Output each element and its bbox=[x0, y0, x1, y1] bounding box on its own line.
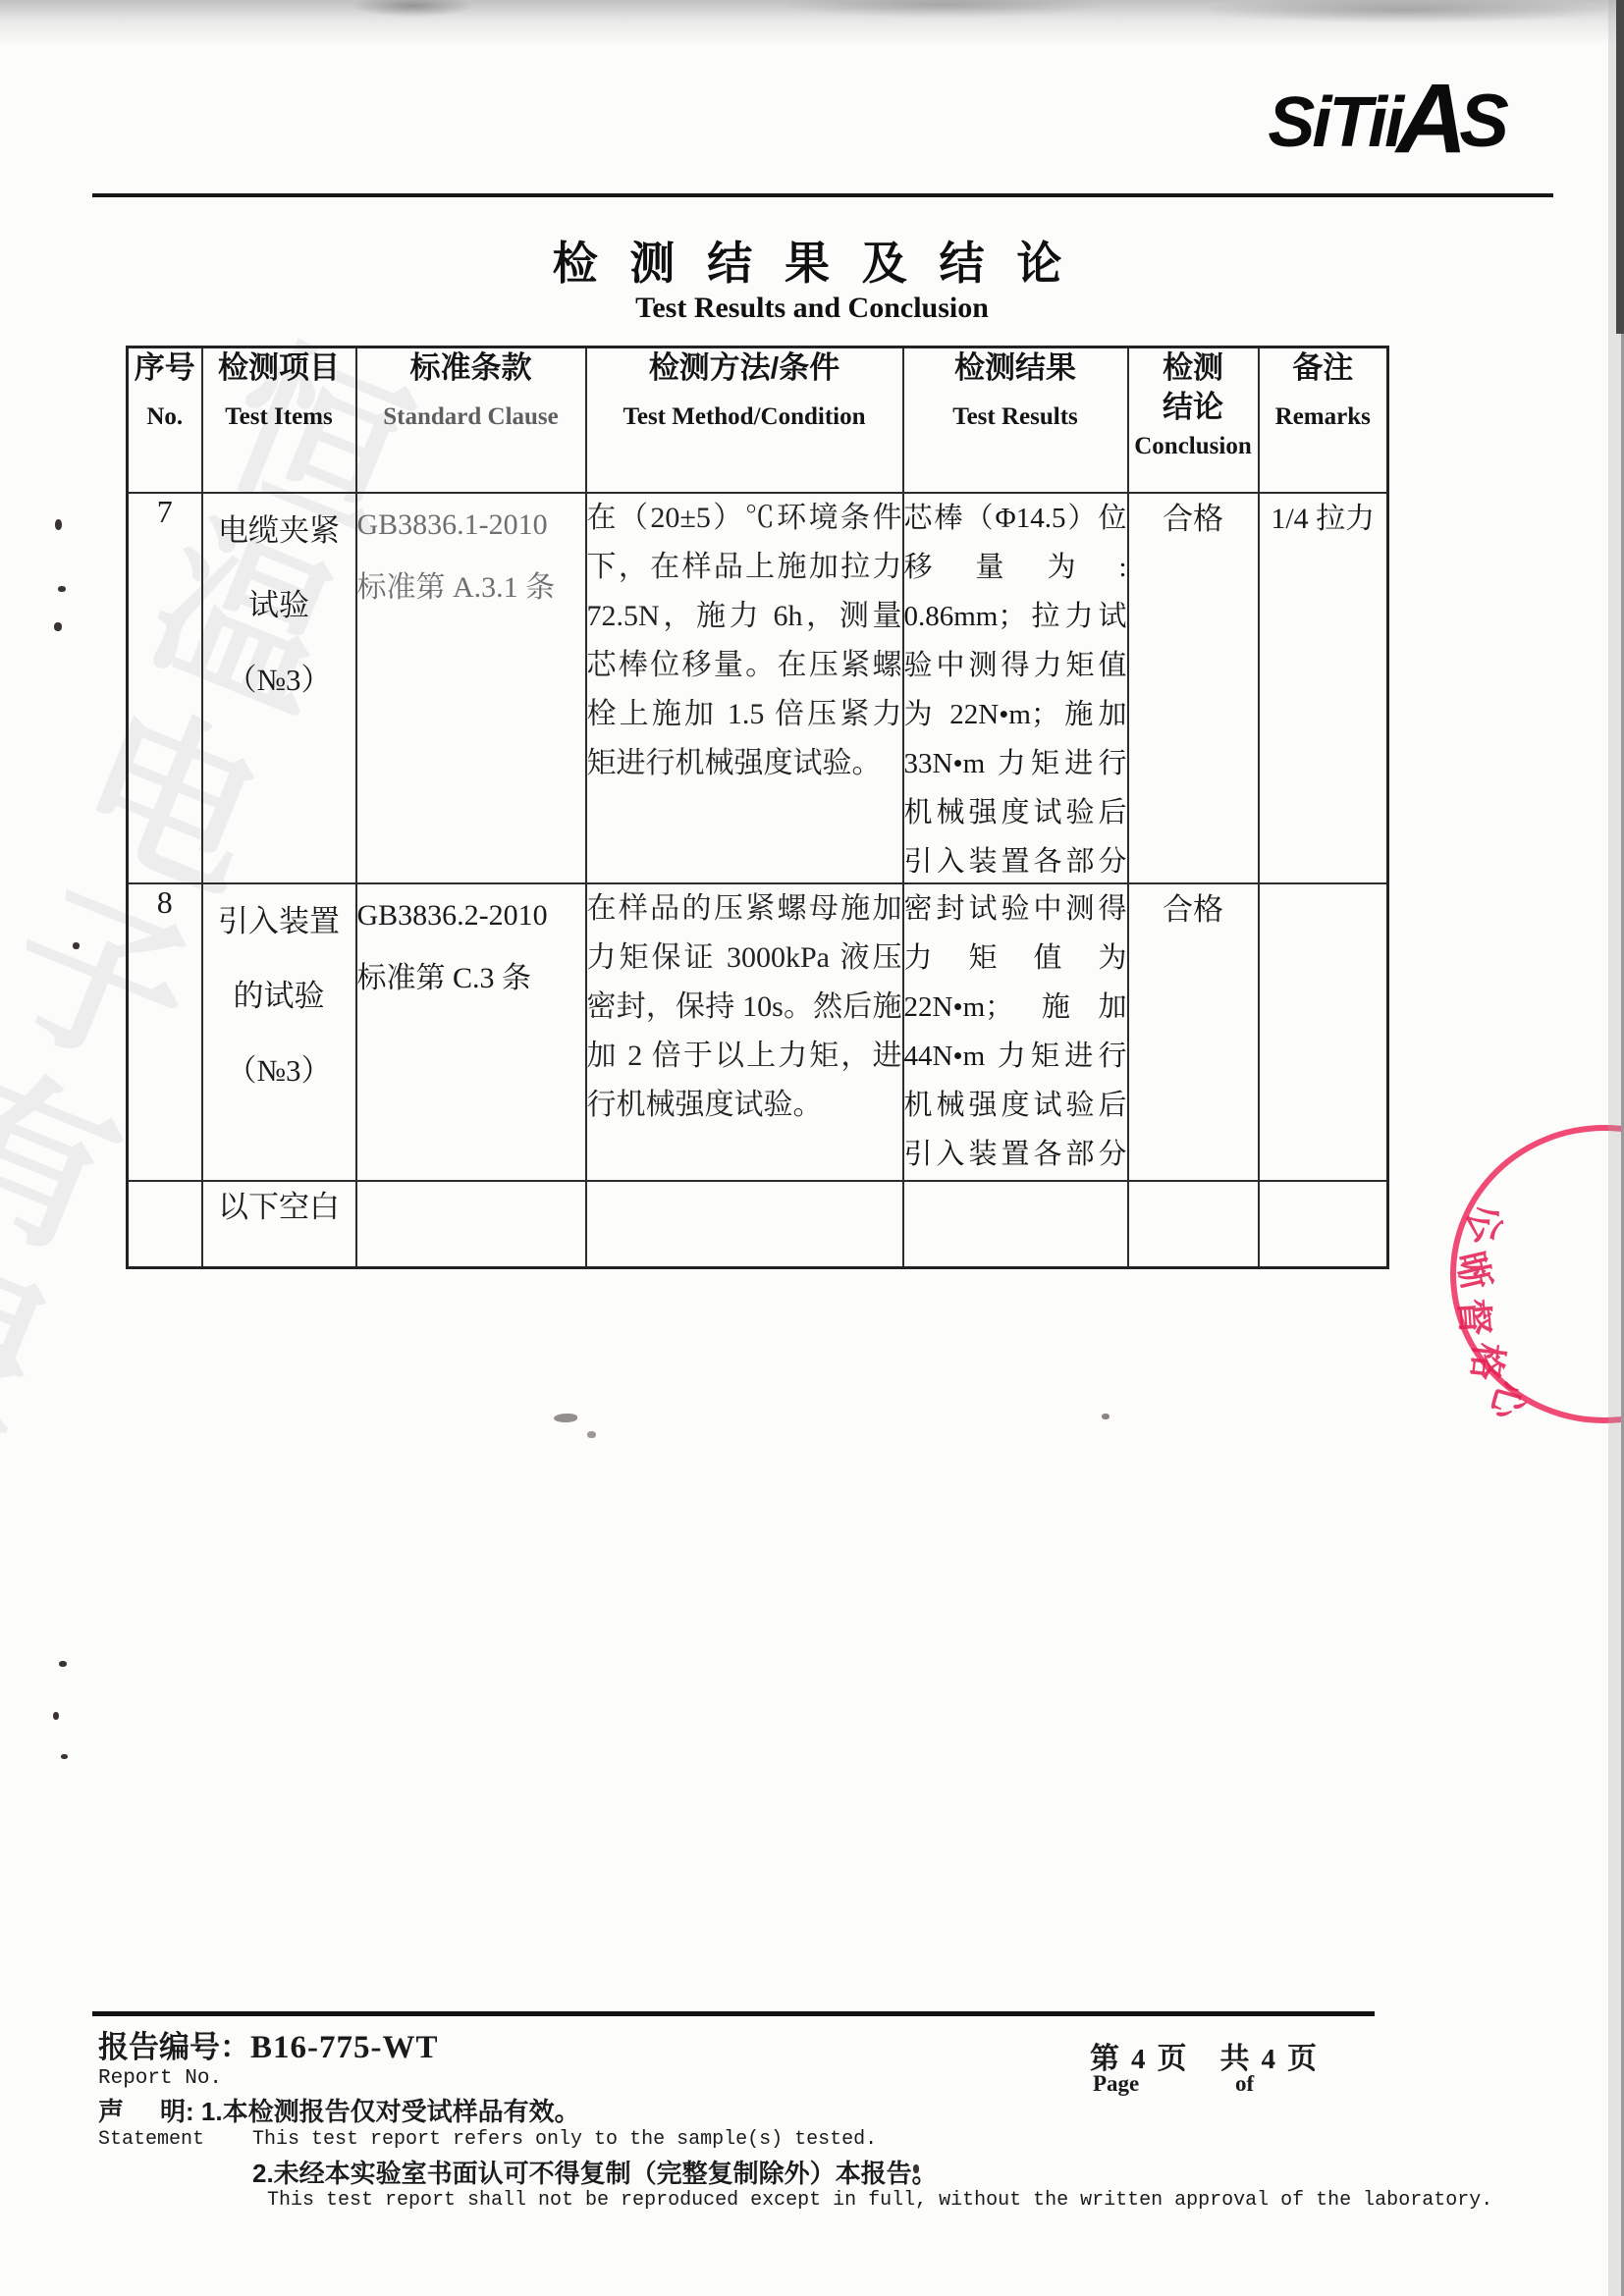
scan-speck bbox=[55, 519, 62, 530]
cell-conclusion: 合格 bbox=[1128, 493, 1259, 883]
test-results-table: 序号 No. 检测项目 Test Items 标准条款 Standard Cla… bbox=[126, 346, 1389, 1269]
table-row: 8 引入装置 的试验 （№3） GB3836.2-2010 标准第 C.3 条 … bbox=[128, 883, 1388, 1181]
pagination-total-pages: 4 bbox=[1262, 2044, 1276, 2076]
footer-rule bbox=[92, 2011, 1375, 2016]
col-header-zh: 标准条款 bbox=[410, 348, 532, 388]
pagination-of-label-en: of bbox=[1235, 2071, 1254, 2097]
scan-edge-right-dark bbox=[1616, 0, 1624, 334]
cell-remarks bbox=[1259, 1181, 1388, 1268]
header-rule bbox=[92, 193, 1553, 197]
scan-speck bbox=[53, 1712, 59, 1720]
pagination-zh: 页 bbox=[1287, 2034, 1317, 2077]
table-row-blank: 以下空白 bbox=[128, 1181, 1388, 1268]
cell-remarks bbox=[1259, 883, 1388, 1181]
cell-conclusion bbox=[1128, 1181, 1259, 1268]
scan-speck bbox=[59, 1661, 67, 1667]
col-header-remarks: 备注 Remarks bbox=[1259, 347, 1388, 493]
scan-edge-right-shade bbox=[1608, 0, 1621, 2296]
col-header-zh: 检测 结论 bbox=[1163, 348, 1223, 427]
col-header-en: Conclusion bbox=[1134, 433, 1251, 460]
stamp-character: 督 bbox=[1449, 1297, 1506, 1338]
col-header-zh: 检测结果 bbox=[954, 348, 1076, 388]
report-number-line: 报告编号：B16-775-WT bbox=[98, 2022, 439, 2066]
cell-remarks: 1/4 拉力 bbox=[1259, 493, 1388, 883]
cell-test-item: 电缆夹紧 试验 （№3） bbox=[202, 493, 356, 883]
col-header-en: Remarks bbox=[1275, 403, 1371, 431]
col-header-clause: 标准条款 Standard Clause bbox=[356, 347, 586, 493]
page-title-zh: 检 测 结 果 及 结 论 bbox=[0, 228, 1624, 293]
col-header-en: Test Method/Condition bbox=[623, 403, 865, 431]
statement-line2-zh: 2.未经本实验室书面认可不得复制（完整复制除外）本报告。 bbox=[252, 2154, 938, 2190]
logo-text-part: S bbox=[1459, 86, 1506, 157]
cell-no bbox=[128, 1181, 202, 1268]
pagination-zh: 页 bbox=[1158, 2034, 1187, 2077]
cell-test-results bbox=[903, 1181, 1128, 1268]
col-header-en: Test Results bbox=[952, 403, 1078, 431]
logo-text-part: SiTii bbox=[1268, 88, 1401, 157]
scan-speck bbox=[58, 586, 66, 592]
sitiias-logo: SiTii A S bbox=[1268, 80, 1506, 157]
cell-standard-clause: GB3836.1-2010 标准第 A.3.1 条 bbox=[356, 493, 586, 883]
statement-line1-zh: 明: 1.本检测报告仅对受试样品有效。 bbox=[160, 2092, 580, 2128]
scan-speck bbox=[1102, 1414, 1110, 1419]
col-header-no: 序号 No. bbox=[128, 347, 202, 493]
col-header-method: 检测方法/条件 Test Method/Condition bbox=[586, 347, 903, 493]
col-header-results: 检测结果 Test Results bbox=[903, 347, 1128, 493]
cell-no: 7 bbox=[128, 493, 202, 883]
report-number-label-zh: 报告编号： bbox=[98, 2030, 250, 2064]
cell-standard-clause bbox=[356, 1181, 586, 1268]
cell-test-item: 引入装置 的试验 （№3） bbox=[202, 883, 356, 1181]
statement-label-en: Statement bbox=[98, 2128, 204, 2151]
scan-smudge bbox=[554, 1414, 577, 1422]
table-row: 7 电缆夹紧 试验 （№3） GB3836.1-2010 标准第 A.3.1 条… bbox=[128, 493, 1388, 883]
col-header-zh: 检测方法/条件 bbox=[649, 348, 840, 388]
cell-no: 8 bbox=[128, 883, 202, 1181]
col-header-zh: 备注 bbox=[1292, 348, 1353, 388]
cell-test-results: 芯棒（Φ14.5）位移量为: 0.86mm；拉力试验中测得力矩值为 22N•m；… bbox=[903, 493, 1128, 883]
report-number-value: B16-775-WT bbox=[250, 2030, 439, 2065]
pagination-page-label-en: Page bbox=[1093, 2071, 1139, 2097]
page-title-en: Test Results and Conclusion bbox=[0, 292, 1624, 325]
col-header-conclusion: 检测 结论 Conclusion bbox=[1128, 347, 1259, 493]
table-header-row: 序号 No. 检测项目 Test Items 标准条款 Standard Cla… bbox=[128, 347, 1388, 493]
col-header-en: Test Items bbox=[225, 403, 333, 431]
scanned-test-report-page: 恒温电子有限公司 SiTii A S 检 测 结 果 及 结 论 Test Re… bbox=[0, 0, 1624, 2296]
report-number-label-en: Report No. bbox=[98, 2067, 222, 2090]
scan-speck bbox=[73, 942, 80, 949]
scan-speck bbox=[54, 622, 62, 631]
cell-test-method bbox=[586, 1181, 903, 1268]
scan-speck bbox=[587, 1431, 596, 1438]
cell-standard-clause: GB3836.2-2010 标准第 C.3 条 bbox=[356, 883, 586, 1181]
statement-line1-en: This test report refers only to the samp… bbox=[252, 2128, 877, 2151]
col-header-en: Standard Clause bbox=[383, 403, 559, 431]
logo-text-part: A bbox=[1396, 80, 1464, 157]
scan-speck bbox=[913, 2164, 919, 2173]
col-header-items: 检测项目 Test Items bbox=[202, 347, 356, 493]
cell-conclusion: 合格 bbox=[1128, 883, 1259, 1181]
scan-speck bbox=[61, 1754, 68, 1759]
cell-test-method: 在样品的压紧螺母施加力矩保证 3000kPa 液压密封，保持 10s。然后施加 … bbox=[586, 883, 903, 1181]
cell-test-method: 在（20±5）℃环境条件下，在样品上施加拉力 72.5N，施力 6h，测量芯棒位… bbox=[586, 493, 903, 883]
cell-blank-below-label: 以下空白 bbox=[202, 1181, 356, 1268]
statement-label-zh: 声 bbox=[98, 2092, 124, 2128]
col-header-zh: 序号 bbox=[135, 348, 195, 388]
statement-line2-en: This test report shall not be reproduced… bbox=[267, 2189, 1492, 2212]
scan-edge-top bbox=[0, 0, 1624, 47]
col-header-zh: 检测项目 bbox=[218, 348, 340, 388]
col-header-en: No. bbox=[146, 403, 183, 431]
cell-test-results: 密封试验中测得力矩值为 22N•m；施加 44N•m 力矩进行机械强度试验后引入… bbox=[903, 883, 1128, 1181]
